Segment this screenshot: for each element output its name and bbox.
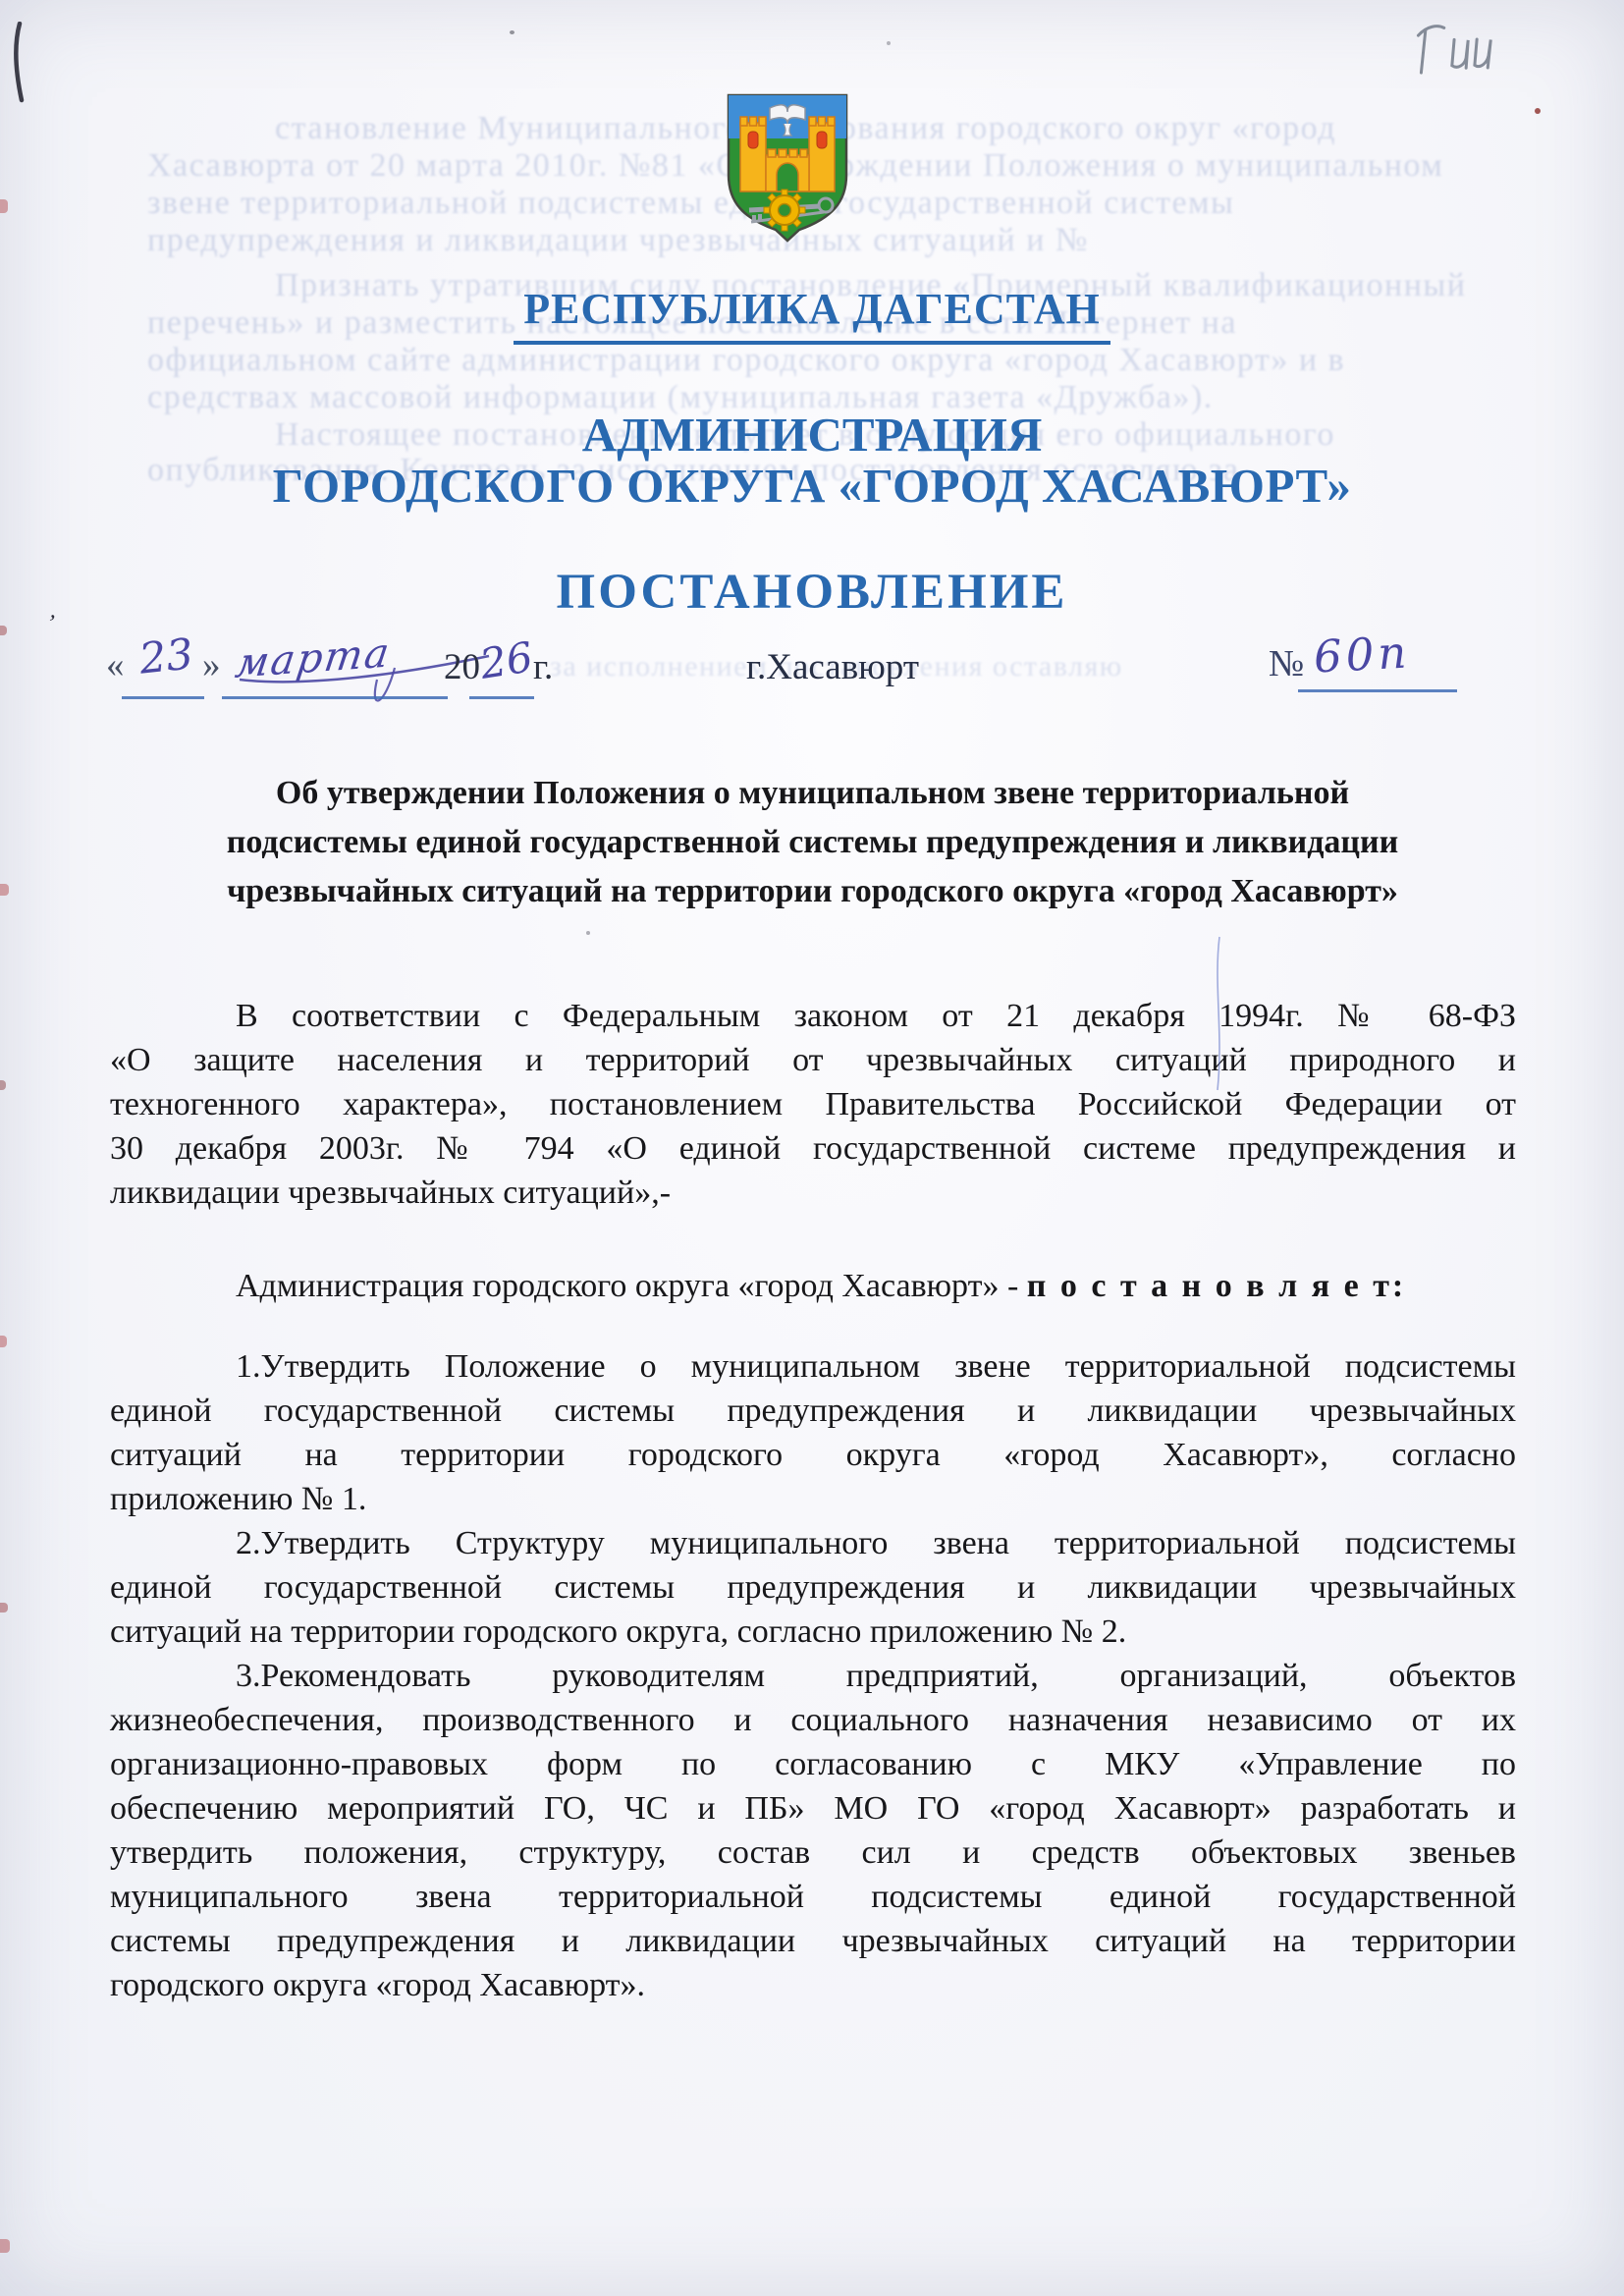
header-municipality: ГОРОДСКОГО ОКРУГА «ГОРОД ХАСАВЮРТ» [0,458,1624,514]
edge-mark [0,1080,6,1090]
item3-line: муниципального звена территориальной под… [110,1875,1516,1919]
body-line: ликвидации чрезвычайных ситуаций»,- [110,1171,1516,1215]
tower-window [817,132,827,148]
header-republic: РЕСПУБЛИКА ДАГЕСТАН [0,284,1624,345]
item3-line: обеспечению мероприятий ГО, ЧС и ПБ» МО … [110,1786,1516,1831]
resolution-line: Администрация городского округа «город Х… [110,1264,1516,1308]
title-line: подсистемы единой государственной систем… [128,818,1497,867]
edge-mark [0,199,8,213]
body-line: 30 декабря 2003г. № 794 «О единой госуда… [110,1126,1516,1171]
document-body: В соответствии с Федеральным законом от … [110,994,1516,2007]
item2-line: единой государственной системы предупреж… [110,1565,1516,1610]
item3-line: системы предупреждения и ликвидации чрез… [110,1919,1516,1963]
item1-line: 1.Утвердить Положение о муниципальном зв… [110,1344,1516,1389]
body-line: «О защите населения и территорий от чрез… [110,1038,1516,1082]
blank-line-year [469,696,534,699]
edge-mark [0,884,9,896]
bleed-through-line: предупреждения и ликвидации чрезвычайных… [147,222,1089,259]
item1-line: единой государственной системы предупреж… [110,1389,1516,1433]
blank-line-month [222,696,448,699]
date-open-quote: « [106,644,125,686]
blank-line-day [122,696,204,699]
bleed-through-line: официальном сайте администрации городско… [147,342,1345,379]
item1-line: приложению № 1. [110,1477,1516,1521]
year-printed: 20 [444,646,480,688]
resolution-items: 1.Утвердить Положение о муниципальном зв… [110,1344,1516,2007]
item3-line: жизнеобеспечения, производственного и со… [110,1698,1516,1742]
khasavyurt-coat-of-arms [722,90,853,246]
title-line: Об утверждении Положения о муниципальном… [128,769,1497,818]
body-line: В соответствии с Федеральным законом от … [110,994,1516,1038]
title-line: чрезвычайных ситуаций на территории горо… [128,867,1497,916]
city-label: г.Хасавюрт [734,646,931,688]
castle-gate [777,163,798,191]
header-administration: АДМИНИСТРАЦИЯ [0,407,1624,463]
resolution-prefix: Администрация городского округа «город Х… [236,1268,1027,1304]
handwritten-day: 23 [137,629,196,683]
document-title: Об утверждении Положения о муниципальном… [128,769,1497,916]
number-sign: № [1269,642,1304,685]
tower-window [748,132,758,148]
handwritten-year: 26 [476,632,535,688]
date-close-quote: » [202,644,221,686]
document-page: становление Муниципального образования г… [0,0,1624,2296]
edge-mark [0,1336,7,1347]
dust-speck [510,30,514,34]
edge-mark [0,626,7,635]
dust-speck [887,41,891,45]
dust-speck [586,931,590,935]
item2-line: 2.Утвердить Структуру муниципального зве… [110,1521,1516,1565]
bleed-through-line: звене территориальной подсистемы единой … [147,185,1234,222]
ink-speck [1535,108,1541,114]
item2-line: ситуаций на территории городского округа… [110,1610,1516,1654]
edge-mark [0,1603,8,1613]
year-suffix: г. [533,646,553,688]
item3-line: городского округа «город Хасавюрт». [110,1963,1516,2007]
body-line: техногенного характера», постановлением … [110,1082,1516,1126]
item3-line: 3.Рекомендовать руководителям предприяти… [110,1654,1516,1698]
item3-line: организационно-правовых форм по согласов… [110,1742,1516,1786]
handwritten-number: 60п [1313,626,1412,683]
blank-line-number [1298,689,1457,692]
gear-icon [764,190,805,231]
edge-mark [0,2239,10,2253]
header-republic-text: РЕСПУБЛИКА ДАГЕСТАН [514,284,1110,345]
resolution-emphasis: п о с т а н о в л я е т: [1027,1268,1406,1304]
scan-hairline [1214,935,1229,1092]
document-type-heading: ПОСТАНОВЛЕНИЕ [0,564,1624,621]
item1-line: ситуаций на территории городского округа… [110,1433,1516,1477]
item3-line: утвердить положения, структуру, состав с… [110,1831,1516,1875]
pencil-note [1411,11,1505,84]
pen-stroke-mark [8,22,33,104]
